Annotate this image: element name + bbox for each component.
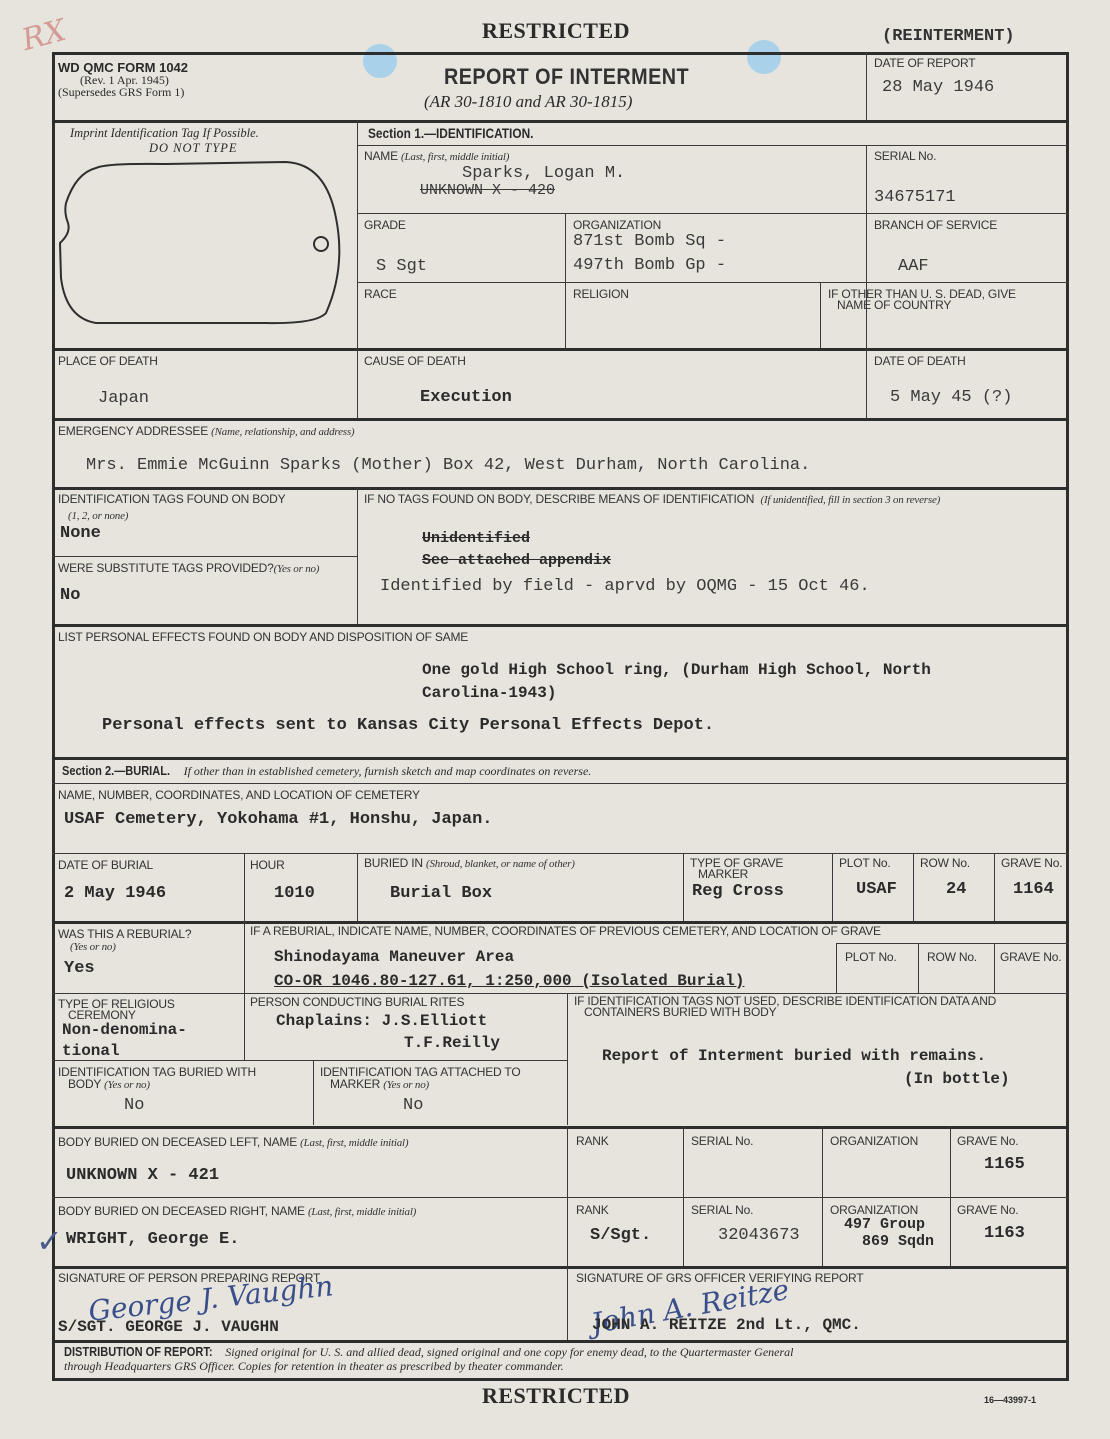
right-org-label: ORGANIZATION	[830, 1204, 918, 1216]
branch-label: BRANCH OF SERVICE	[874, 219, 997, 231]
form-regulation: (AR 30-1810 and AR 30-1815)	[424, 92, 632, 112]
prev-plot-label: PLOT No.	[845, 951, 897, 963]
cause-of-death-label: CAUSE OF DEATH	[364, 355, 466, 367]
reburial-hint: (Yes or no)	[70, 940, 116, 953]
tags-found-label: IDENTIFICATION TAGS FOUND ON BODY	[58, 493, 285, 505]
burial-hour: 1010	[274, 884, 315, 903]
place-of-death: Japan	[98, 389, 149, 408]
cemetery: USAF Cemetery, Yokohama #1, Honshu, Japa…	[64, 810, 492, 829]
buried-in: Burial Box	[390, 884, 492, 903]
id-data-label-2: CONTAINERS BURIED WITH BODY	[584, 1006, 776, 1018]
grave-marker: Reg Cross	[692, 882, 784, 901]
section2-heading: Section 2.—BURIAL. If other than in esta…	[62, 762, 591, 780]
marker-label-2: MARKER	[698, 868, 748, 880]
grade-label: GRADE	[364, 219, 406, 231]
officer-signature-label: SIGNATURE OF GRS OFFICER VERIFYING REPOR…	[576, 1272, 863, 1284]
prev-cemetery-line-2: CO-OR 1046.80-127.61, 1:250,000 (Isolate…	[274, 972, 744, 990]
right-body-label: BODY BURIED ON DECEASED RIGHT, NAME (Las…	[58, 1205, 416, 1218]
prev-cemetery-line-1: Shinodayama Maneuver Area	[274, 948, 514, 966]
prev-row-label: ROW No.	[927, 951, 977, 963]
hour-label: HOUR	[250, 859, 285, 871]
left-rank-label: RANK	[576, 1135, 609, 1147]
reinterment-note: (REINTERMENT)	[882, 27, 1015, 46]
other-country-label-2: NAME OF COUNTRY	[837, 299, 951, 311]
rites-line-1: Chaplains: J.S.Elliott	[276, 1012, 487, 1030]
organization-line-1: 871st Bomb Sq -	[573, 232, 726, 251]
right-body-org-1: 497 Group	[844, 1216, 925, 1233]
date-of-death: 5 May 45 (?)	[890, 388, 1012, 407]
tags-found-hint: (1, 2, or none)	[68, 509, 128, 522]
place-of-death-label: PLACE OF DEATH	[58, 355, 158, 367]
left-serial-label: SERIAL No.	[691, 1135, 753, 1147]
grave-number: 1164	[1013, 880, 1054, 899]
ceremony-label-2: CEREMONY	[68, 1009, 136, 1021]
buried-in-label: BURIED IN (Shroud, blanket, or name of o…	[364, 857, 575, 870]
form-title: REPORT OF INTERMENT	[444, 64, 689, 90]
serial-label: SERIAL No.	[874, 150, 936, 162]
id-data-line-2: (In bottle)	[904, 1070, 1010, 1088]
dog-tag-outline-icon	[56, 158, 346, 328]
plot-number: USAF	[856, 880, 897, 899]
substitute-tags: No	[60, 586, 80, 605]
effects-line-1: One gold High School ring, (Durham High …	[422, 661, 931, 679]
means-of-identification: Identified by field - aprvd by OQMG - 15…	[380, 577, 870, 596]
restricted-top: RESTRICTED	[482, 18, 630, 44]
right-body-org-2: 869 Sqdn	[862, 1233, 934, 1250]
date-of-death-label: DATE OF DEATH	[874, 355, 966, 367]
tags-found: None	[60, 524, 101, 543]
right-body-grave: 1163	[984, 1224, 1025, 1243]
religion-label: RELIGION	[573, 288, 629, 300]
left-body-name: UNKNOWN X - 421	[66, 1166, 219, 1185]
form-supersedes: (Supersedes GRS Form 1)	[58, 85, 184, 100]
cemetery-label: NAME, NUMBER, COORDINATES, AND LOCATION …	[58, 789, 420, 801]
emergency-label: EMERGENCY ADDRESSEE (Name, relationship,…	[58, 425, 354, 438]
left-body-grave: 1165	[984, 1155, 1025, 1174]
right-serial-label: SERIAL No.	[691, 1204, 753, 1216]
restricted-bottom: RESTRICTED	[482, 1383, 630, 1409]
means-of-id-struck-2: See attached appendix	[422, 552, 611, 569]
row-label: ROW No.	[920, 857, 970, 869]
print-code: 16—43997-1	[984, 1395, 1036, 1405]
deceased-name: Sparks, Logan M.	[462, 164, 625, 183]
rites-line-2: T.F.Reilly	[404, 1034, 500, 1052]
prev-grave-label: GRAVE No.	[1000, 951, 1061, 963]
emergency-addressee: Mrs. Emmie McGuinn Sparks (Mother) Box 4…	[86, 456, 810, 475]
effects-disposition: Personal effects sent to Kansas City Per…	[102, 716, 714, 735]
grave-label: GRAVE No.	[1001, 857, 1062, 869]
tag-marker-label-2: MARKER (Yes or no)	[330, 1078, 429, 1091]
race-label: RACE	[364, 288, 397, 300]
id-data-line-1: Report of Interment buried with remains.	[602, 1047, 986, 1065]
left-org-label: ORGANIZATION	[830, 1135, 918, 1147]
date-of-report: 28 May 1946	[882, 78, 994, 97]
plot-label: PLOT No.	[839, 857, 891, 869]
ceremony-line-1: Non-denomina-	[62, 1021, 187, 1039]
right-grave-label: GRAVE No.	[957, 1204, 1018, 1216]
ceremony-line-2: tional	[62, 1042, 120, 1060]
row-number: 24	[946, 880, 966, 899]
organization-line-2: 497th Bomb Gp -	[573, 256, 726, 275]
tag-buried-label-2: BODY (Yes or no)	[68, 1078, 150, 1091]
effects-label: LIST PERSONAL EFFECTS FOUND ON BODY AND …	[58, 631, 468, 643]
right-body-serial: 32043673	[718, 1226, 800, 1245]
prev-cemetery-label: IF A REBURIAL, INDICATE NAME, NUMBER, CO…	[250, 925, 881, 937]
section1-heading: Section 1.—IDENTIFICATION.	[368, 126, 533, 141]
substitute-tags-label: WERE SUBSTITUTE TAGS PROVIDED?(Yes or no…	[58, 562, 319, 575]
effects-line-2: Carolina-1943)	[422, 684, 556, 702]
deceased-name-struck: UNKNOWN X - 420	[420, 182, 555, 199]
date-of-report-label: DATE OF REPORT	[874, 57, 975, 69]
branch-of-service: AAF	[898, 257, 929, 276]
right-rank-label: RANK	[576, 1204, 609, 1216]
reburial: Yes	[64, 959, 95, 978]
date-of-burial: 2 May 1946	[64, 884, 166, 903]
tag-buried: No	[124, 1096, 144, 1115]
date-of-burial-label: DATE OF BURIAL	[58, 859, 153, 871]
distribution-line-2: through Headquarters GRS Officer. Copies…	[64, 1359, 564, 1374]
means-of-id-label: IF NO TAGS FOUND ON BODY, DESCRIBE MEANS…	[364, 493, 940, 506]
serial-number: 34675171	[874, 188, 956, 207]
tag-instruction-1: Imprint Identification Tag If Possible.	[70, 126, 259, 141]
right-body-name: WRIGHT, George E.	[66, 1230, 239, 1249]
tag-marker: No	[403, 1096, 423, 1115]
tag-instruction-2: DO NOT TYPE	[149, 141, 238, 156]
right-body-rank: S/Sgt.	[590, 1226, 651, 1245]
means-of-id-struck-1: Unidentified	[422, 530, 530, 547]
preparer-typed-name: S/SGT. GEORGE J. VAUGHN	[58, 1318, 279, 1336]
left-body-label: BODY BURIED ON DECEASED LEFT, NAME (Last…	[58, 1136, 408, 1149]
left-grave-label: GRAVE No.	[957, 1135, 1018, 1147]
organization-label: ORGANIZATION	[573, 219, 661, 231]
reburial-label: WAS THIS A REBURIAL?	[58, 928, 191, 940]
rites-label: PERSON CONDUCTING BURIAL RITES	[250, 996, 464, 1008]
checkmark-icon: ✓	[36, 1222, 63, 1260]
cause-of-death: Execution	[420, 388, 512, 407]
officer-typed-name: JOHN A. REITZE 2nd Lt., QMC.	[592, 1316, 861, 1334]
name-label: NAME (Last, first, middle initial)	[364, 150, 509, 163]
grade: S Sgt	[376, 257, 427, 276]
